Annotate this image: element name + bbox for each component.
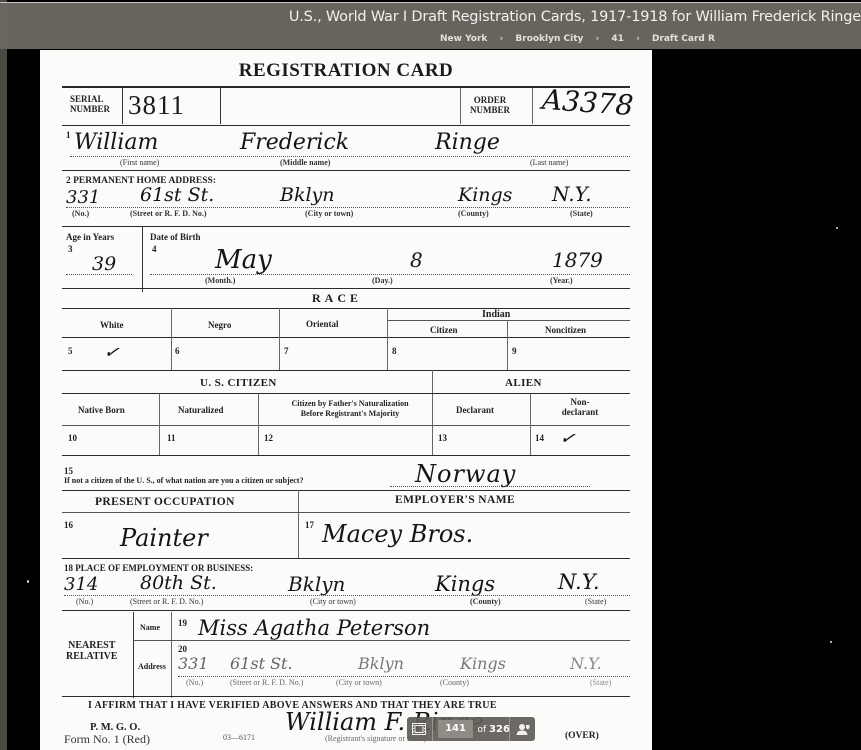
serial-number: 3811 — [128, 90, 185, 121]
order-label: ORDERNUMBER — [470, 95, 510, 115]
race-heading: RACE — [312, 291, 362, 306]
month-label: (Month.) — [205, 276, 235, 285]
divider — [298, 490, 299, 558]
field-number: 6 — [175, 346, 180, 356]
relative-name: Miss Agatha Peterson — [198, 616, 430, 640]
field-number: 8 — [392, 346, 397, 356]
no-label: (No.) — [186, 678, 203, 687]
divider — [460, 88, 461, 124]
divider — [133, 612, 134, 698]
race-white-label: White — [100, 321, 124, 330]
field-number: 13 — [438, 433, 447, 443]
native-born-label: Native Born — [78, 406, 125, 415]
left-edge-strip — [0, 0, 7, 750]
record-header: U.S., World War I Draft Registration Car… — [0, 2, 861, 49]
race-white-checkmark: ✓ — [102, 341, 121, 364]
divider — [279, 308, 280, 370]
field-number: 5 — [68, 346, 73, 356]
home-address-street: 61st St. — [140, 184, 214, 206]
first-name-label: (First name) — [120, 158, 159, 167]
field-number: 16 — [64, 520, 73, 530]
declarant-label: Declarant — [456, 406, 494, 415]
divider — [62, 425, 630, 426]
breadcrumb-separator-icon: › — [596, 34, 600, 44]
home-address-city: Bklyn — [280, 184, 335, 206]
nondeclarant-checkmark: ✓ — [558, 427, 577, 450]
us-citizen-heading: U. S. CITIZEN — [200, 377, 277, 389]
street-label: (Street or R. F. D. No.) — [130, 209, 207, 218]
county-label: (County) — [470, 597, 501, 606]
divider — [62, 696, 630, 697]
relative-address-number: 331 — [178, 654, 209, 673]
dotted-line — [178, 676, 630, 677]
divider — [122, 88, 123, 124]
last-name: Ringe — [435, 130, 500, 155]
occupation-heading: PRESENT OCCUPATION — [95, 496, 235, 508]
field-number: 12 — [264, 433, 273, 443]
divider — [62, 226, 630, 227]
race-noncitizen-label: Noncitizen — [545, 326, 586, 335]
over-label: (OVER) — [565, 732, 599, 741]
field-number: 14 — [535, 433, 544, 443]
divider — [507, 320, 508, 370]
day-label: (Day.) — [372, 276, 393, 285]
divider — [530, 393, 531, 455]
relative-name-label: Name — [140, 623, 160, 632]
dotted-line — [150, 274, 630, 275]
divider — [171, 308, 172, 370]
nation-question: If not a citizen of the U. S., of what n… — [64, 476, 303, 485]
relative-address-label: Address — [138, 662, 166, 671]
city-label: (City or town) — [310, 597, 356, 606]
field-number: 3 — [68, 244, 73, 254]
breadcrumb-item-card[interactable]: Draft Card R — [652, 34, 715, 44]
field-number: 15 — [64, 466, 73, 476]
speck — [27, 580, 29, 583]
dob-year: 1879 — [552, 248, 603, 272]
person-tag-button[interactable] — [510, 717, 535, 741]
serial-label: SERIALNUMBER — [70, 94, 110, 114]
speck — [830, 641, 832, 643]
relative-address-state: N.Y. — [570, 654, 602, 673]
divider — [159, 393, 160, 455]
breadcrumb-item-district[interactable]: 41 — [611, 34, 624, 44]
page-count: of 326 — [477, 724, 509, 735]
dob-month: May — [215, 245, 272, 275]
record-title: U.S., World War I Draft Registration Car… — [289, 9, 861, 25]
state-label: (State) — [585, 597, 606, 606]
divider — [62, 288, 630, 289]
age-value: 39 — [92, 253, 116, 275]
image-pager: 141 of 326 — [407, 717, 535, 741]
card-title: REGISTRATION CARD — [40, 60, 652, 82]
divider — [62, 610, 630, 611]
employment-address-city: Bklyn — [288, 572, 345, 596]
divider — [62, 170, 630, 171]
filmstrip-button[interactable] — [407, 717, 432, 741]
nearest-relative-label: NEARESTRELATIVE — [66, 640, 118, 662]
alien-heading: ALIEN — [505, 377, 542, 389]
divider — [62, 558, 630, 559]
divider — [62, 455, 630, 456]
speck — [836, 227, 838, 229]
filmstrip-icon — [412, 723, 426, 735]
middle-name-label: (Middle name) — [280, 158, 330, 167]
county-label: (County) — [440, 678, 469, 687]
father-naturalization-label: Citizen by Father's NaturalizationBefore… — [265, 399, 435, 419]
divider — [62, 393, 630, 394]
divider — [62, 490, 630, 491]
city-label: (City or town) — [336, 678, 382, 687]
home-address-county: Kings — [458, 184, 512, 206]
employment-address-number: 314 — [64, 574, 98, 595]
street-label: (Street or R. F. D. No.) — [130, 597, 203, 606]
dotted-line — [390, 486, 590, 487]
employment-address-state: N.Y. — [558, 570, 600, 594]
divider — [62, 125, 630, 126]
toolbar-divider — [432, 717, 433, 741]
no-label: (No.) — [72, 209, 89, 218]
year-label: (Year.) — [550, 276, 573, 285]
order-number: A3378 — [541, 83, 635, 122]
field-number: 20 — [178, 644, 187, 654]
relative-address-city: Bklyn — [358, 654, 404, 673]
race-citizen-label: Citizen — [430, 326, 458, 335]
relative-address-street: 61st St. — [230, 654, 293, 673]
divider — [62, 370, 630, 371]
dotted-line — [66, 207, 630, 208]
field-number: 10 — [68, 433, 77, 443]
dob-day: 8 — [410, 248, 423, 272]
first-name: William — [74, 130, 158, 155]
employer-heading: EMPLOYER'S NAME — [395, 494, 515, 506]
field-number: 19 — [178, 618, 187, 628]
divider — [142, 227, 143, 292]
naturalized-label: Naturalized — [178, 406, 224, 415]
no-label: (No.) — [76, 597, 93, 606]
divider — [62, 308, 630, 309]
employment-address-county: Kings — [435, 572, 495, 596]
employer-value: Macey Bros. — [322, 520, 473, 548]
divider — [62, 512, 630, 513]
person-tag-icon — [516, 723, 530, 736]
dotted-line — [64, 595, 630, 596]
print-code: 03—6171 — [223, 733, 255, 742]
breadcrumb-separator-icon: › — [636, 34, 640, 44]
last-name-label: (Last name) — [530, 158, 568, 167]
home-address-number: 331 — [66, 187, 100, 208]
employment-address-street: 80th St. — [140, 572, 217, 594]
breadcrumb-item-state[interactable]: New York — [440, 34, 487, 44]
nondeclarant-label: Non-declarant — [545, 397, 615, 417]
race-negro-label: Negro — [208, 321, 231, 330]
city-label: (City or town) — [305, 209, 353, 218]
divider — [171, 612, 172, 698]
draft-card-image[interactable]: REGISTRATION CARD SERIALNUMBER 3811 ORDE… — [40, 50, 652, 750]
divider — [133, 640, 630, 641]
field-number: 9 — [512, 346, 517, 356]
field-number: 7 — [284, 346, 289, 356]
field-number: 17 — [305, 520, 314, 530]
age-label: Age in Years — [66, 233, 114, 242]
field-number: 1 — [66, 130, 71, 140]
divider — [258, 393, 259, 455]
dotted-line — [66, 274, 132, 275]
form-number: Form No. 1 (Red) — [64, 732, 150, 747]
divider — [220, 88, 221, 124]
nation-answer: Norway — [415, 460, 516, 488]
middle-name: Frederick — [240, 130, 349, 155]
breadcrumb: New York › Brooklyn City › 41 › Draft Ca… — [440, 34, 715, 44]
divider — [387, 308, 388, 370]
street-label: (Street or R. F. D. No.) — [230, 678, 303, 687]
dotted-line — [70, 156, 630, 157]
state-label: (State) — [570, 209, 593, 218]
county-label: (County) — [458, 209, 489, 218]
race-indian-label: Indian — [482, 310, 510, 319]
breadcrumb-item-city[interactable]: Brooklyn City — [515, 34, 583, 44]
dob-label: Date of Birth — [150, 233, 201, 242]
race-oriental-label: Oriental — [306, 320, 339, 329]
page-number-input[interactable]: 141 — [438, 720, 474, 738]
divider — [62, 337, 630, 338]
home-address-state: N.Y. — [552, 182, 592, 206]
divider — [387, 320, 630, 321]
divider — [532, 88, 533, 124]
field-number: 11 — [167, 433, 176, 443]
relative-address-county: Kings — [460, 654, 506, 673]
breadcrumb-separator-icon: › — [500, 34, 504, 44]
field-number: 4 — [152, 244, 157, 254]
occupation-value: Painter — [120, 524, 208, 552]
state-label: (State) — [590, 678, 611, 687]
